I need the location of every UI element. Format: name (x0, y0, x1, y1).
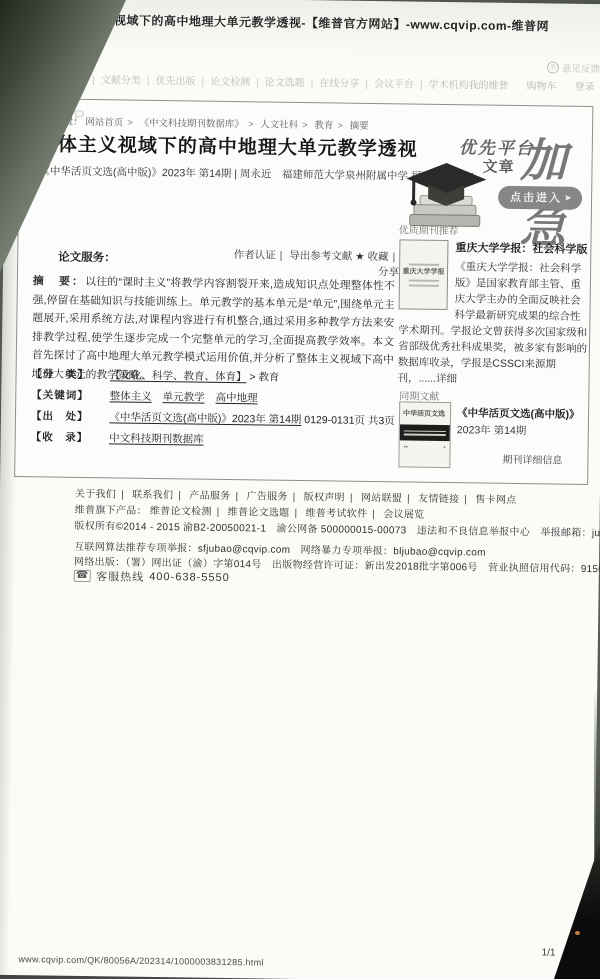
photo-speck (575, 931, 580, 935)
footer-alliance-link[interactable]: 网站联盟 (361, 493, 402, 505)
footer-row2-prefix: 维普旗下产品： (75, 505, 147, 517)
keyword-link[interactable]: 高中地理 (215, 392, 257, 405)
category-link[interactable]: 【文化、科学、教育、体育】 (110, 369, 247, 383)
nav-item-categories[interactable]: 文献分类 (86, 71, 141, 87)
detail-row-included: 【收 录】 中文科技期刊数据库 (31, 429, 204, 446)
footer-copyright-line: 版权所有©2014 - 2015 渝B2-20050021-1 渝公网备 500… (74, 517, 600, 540)
category-rest: > 教育 (249, 371, 279, 383)
source-rest: 0129-0131页 共3页 (304, 414, 395, 427)
included-label: 【收 录】 (31, 431, 89, 444)
printed-page: 整体主义视域下的高中地理大单元教学透视-【维普官方网站】-www.cqvip.c… (0, 0, 600, 979)
source-label: 【出 处】 (31, 410, 89, 423)
feedback-label: 意见反馈 (562, 61, 600, 76)
footer-check-link[interactable]: 维普论文检测 (150, 506, 212, 518)
nav-item-priority-publish[interactable]: 优先出版 (141, 72, 196, 88)
paper-services-label: 论文服务： (58, 249, 116, 266)
issue-cover-thumbnail[interactable]: 中华活页文选 ▪▪▪ (398, 401, 451, 468)
hotline-number: 400-638-5550 (149, 571, 230, 584)
breadcrumb-humanities[interactable]: 人文社科 (260, 119, 298, 131)
breadcrumb-abstract: 摘要 (350, 121, 369, 132)
footer-ads-link[interactable]: 广告服务 (246, 491, 287, 503)
journal-detail-more-link[interactable]: ......详细 (418, 373, 457, 386)
abstract-text: 以往的“课时主义”将教学内容割裂开来,造成知识点处理整体性不强,停留在基础知识与… (32, 276, 395, 381)
breadcrumb-home[interactable]: 网站首页 (85, 117, 123, 129)
author-verify-link[interactable]: 作者认证 (234, 249, 276, 262)
cart-link[interactable]: 购物车 (526, 77, 556, 92)
footer-expo-link[interactable]: 会议展览 (383, 509, 424, 521)
footer-friends-link[interactable]: 友情链接 (418, 494, 459, 506)
star-icon: ★ (355, 251, 365, 263)
my-vip-link[interactable]: 我的维普 (468, 76, 508, 92)
breadcrumb-database[interactable]: 《中文科技期刊数据库》 (139, 118, 244, 130)
journal-recommend-block: 重庆大学学报 重庆大学学报：社会科学版 《重庆大学学报：社会科学版》是国家教育部… (397, 237, 589, 389)
footer-contact-link[interactable]: 联系我们 (132, 490, 173, 502)
keyword-link[interactable]: 单元教学 (163, 391, 205, 404)
priority-promo-banner[interactable]: 优先平台 文章 加急 点击进入 ➤ (402, 126, 593, 237)
main-nav: 首页 期刊大全 文献分类 优先出版 论文检测 论文选题 在线分享 会议平台 学术… (12, 70, 600, 93)
breadcrumb-education[interactable]: 教育 (314, 120, 333, 131)
journal-details-link[interactable]: 期刊详细信息 (502, 451, 562, 467)
article-title: 整体主义视域下的高中地理大单元教学透视 (38, 129, 418, 161)
feedback-link[interactable]: ◎ 意见反馈 (547, 60, 600, 75)
phone-icon: ☎ (74, 570, 92, 582)
keywords-label: 【关键词】 (31, 389, 89, 402)
category-label: 【分 类】 (31, 368, 89, 381)
nav-item-paper-check[interactable]: 论文检测 (195, 73, 250, 89)
same-issue-number: 2023年 第14期 (457, 422, 527, 438)
login-link[interactable]: 登录 (574, 78, 594, 93)
journal-recommend-header: 优质期刊推荐 (399, 221, 459, 237)
nav-right-group: 我的维普 购物车 登录 注册 (468, 76, 600, 93)
print-page-indicator: 1/1 (541, 947, 555, 958)
included-link[interactable]: 中文科技期刊数据库 (109, 432, 204, 445)
footer-about-link[interactable]: 关于我们 (75, 489, 116, 501)
journal-cover-title: 重庆大学学报 (402, 268, 444, 277)
nav-item-online-share[interactable]: 在线分享 (305, 74, 360, 90)
journal-cover-thumbnail[interactable]: 重庆大学学报 (399, 239, 449, 310)
footer-card-outlets-link[interactable]: 售卡网点 (475, 494, 516, 506)
issue-cover-title: 中华活页文选 (400, 405, 448, 418)
feedback-icon: ◎ (547, 61, 559, 73)
abstract-label: 摘 要： (33, 275, 85, 288)
export-citation-link[interactable]: 导出参考文献 (289, 250, 352, 263)
nav-item-paper-topics[interactable]: 论文选题 (250, 73, 305, 89)
cursor-icon: ➤ (564, 192, 572, 203)
hotline-label: 客服热线 (96, 568, 144, 585)
promo-enter-button[interactable]: 点击进入 ➤ (498, 186, 582, 210)
keyword-link[interactable]: 整体主义 (110, 390, 152, 403)
footer-exam-link[interactable]: 维普考试软件 (305, 508, 367, 520)
promo-line2: 文章 (482, 156, 514, 177)
footer-topics-link[interactable]: 维普论文选题 (228, 507, 290, 519)
nav-item-conference[interactable]: 会议平台 (359, 75, 414, 91)
same-issue-journal-title[interactable]: 《中华活页文选(高中版)》 (457, 405, 580, 422)
footer-products-link[interactable]: 产品服务 (189, 490, 230, 502)
source-link[interactable]: 《中华活页文选(高中版)》2023年 第14期 (109, 411, 301, 426)
footer-copyright-link[interactable]: 版权声明 (304, 492, 345, 504)
nav-item-institutions[interactable]: 学术机构 (414, 76, 469, 92)
favorite-link[interactable]: 收藏 (367, 251, 388, 263)
photo-paper-edge-shadow (594, 688, 600, 860)
promo-button-label: 点击进入 (510, 189, 562, 206)
print-footer-url: www.cqvip.com/QK/80056A/202314/100000383… (18, 954, 263, 967)
footer-hotline: ☎ 客服热线 400-638-5550 (74, 568, 230, 586)
